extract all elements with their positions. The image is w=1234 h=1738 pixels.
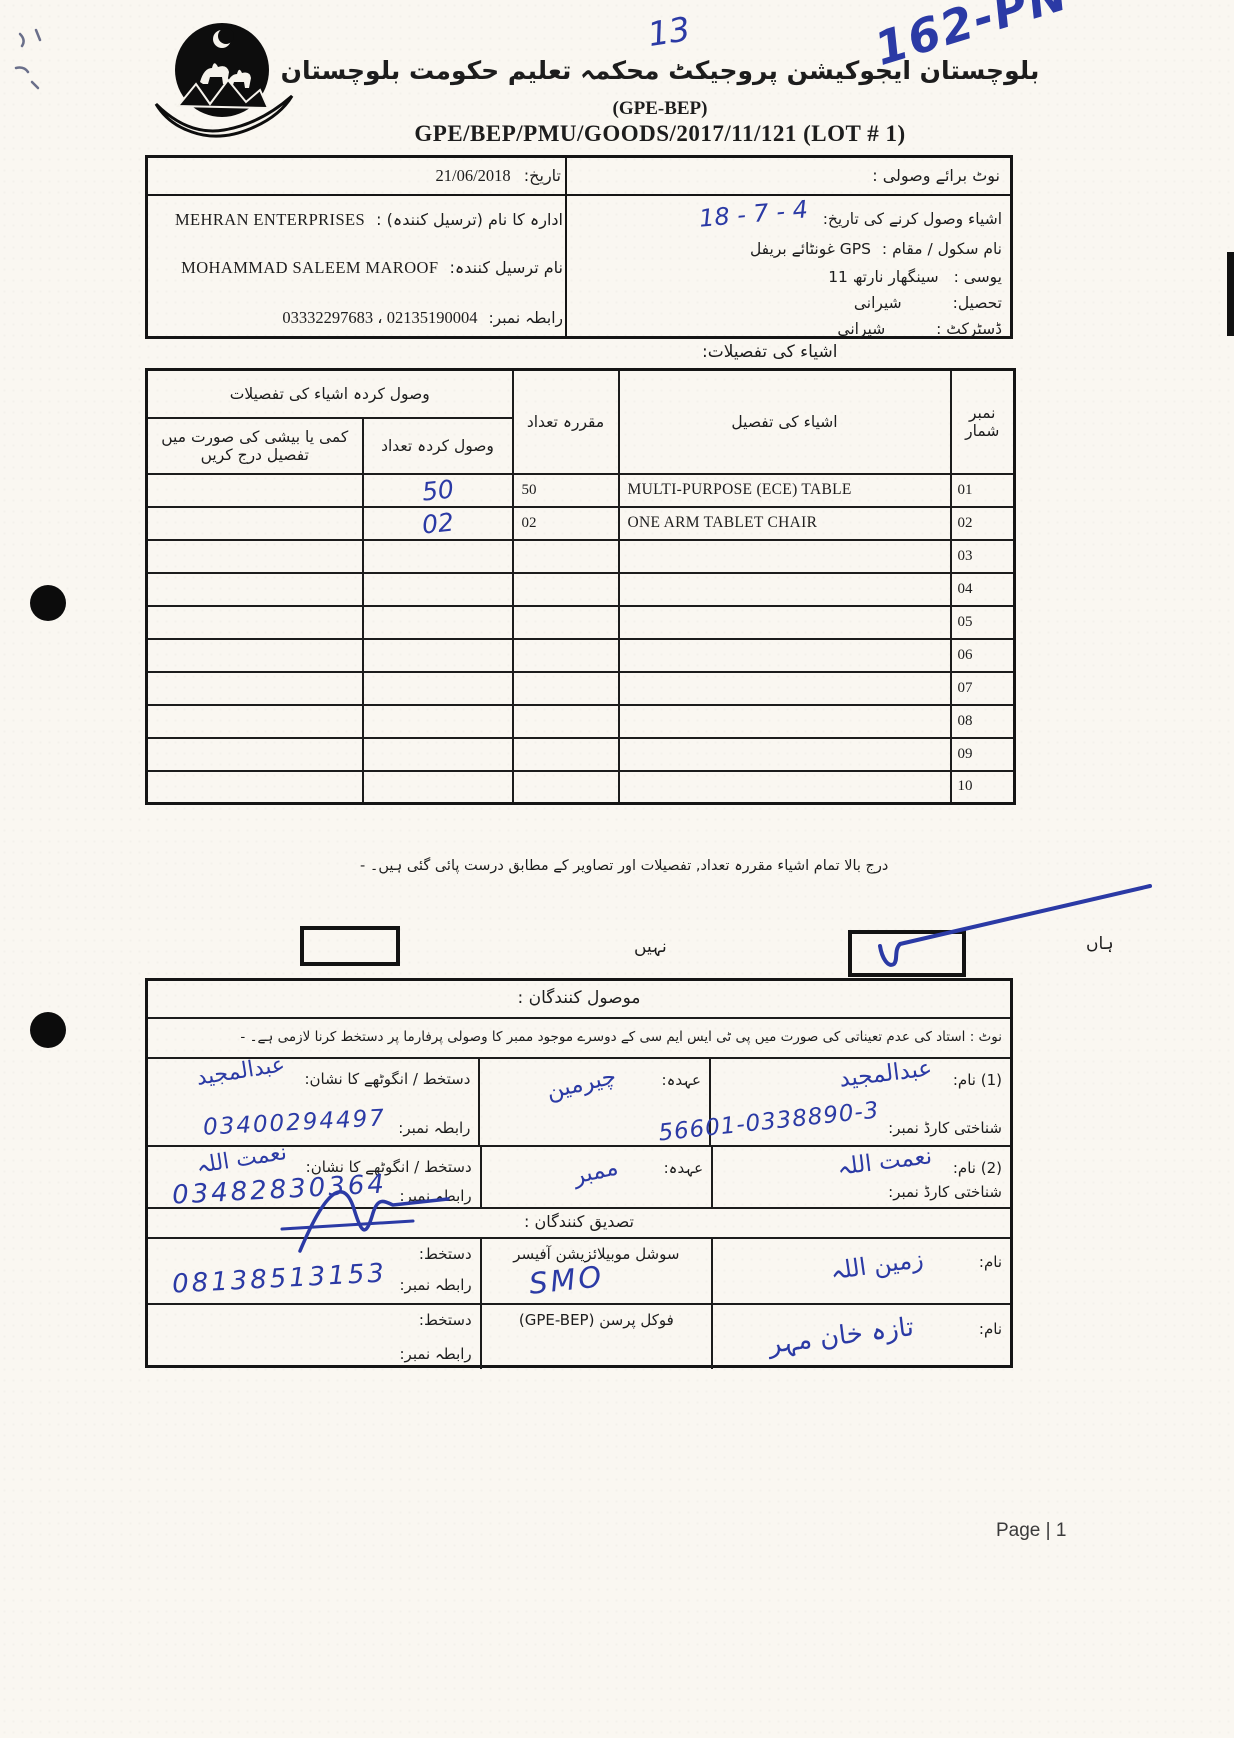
fixed-qty-cell: [513, 705, 619, 738]
discrepancy-cell: [147, 507, 363, 540]
focal-name-cell: نام: تازہ خان مہر: [711, 1305, 1010, 1369]
received-qty-cell: 50: [363, 474, 513, 507]
item-row-03: 03: [147, 540, 1015, 573]
item-row-07: 07: [147, 672, 1015, 705]
serial-cell: 08: [951, 705, 1015, 738]
receiver-row-1: (1) نام: عبدالمجید شناختی کارڈ نمبر: 566…: [148, 1059, 1010, 1147]
item-row-10: 10: [147, 771, 1015, 804]
serial-cell: 04: [951, 573, 1015, 606]
receiver1-name-label: (1) نام:: [953, 1071, 1002, 1089]
detail-cell: [619, 606, 951, 639]
receiver2-post-handwritten: ممبر: [571, 1154, 621, 1190]
focal-name-handwritten: تازہ خان مہر: [766, 1312, 915, 1360]
receiver2-post-label: عہدہ:: [664, 1159, 703, 1177]
scan-edge-artifact: [1227, 252, 1234, 336]
smo-contact-handwritten: 08138513153: [171, 1258, 387, 1299]
serial-cell: 05: [951, 606, 1015, 639]
page-number-footer: Page | 1: [996, 1520, 1066, 1542]
discrepancy-cell: [147, 573, 363, 606]
sender-contact-line: رابطہ نمبر: 03332297683 ، 02135190004: [282, 308, 563, 328]
receivers-title: موصول کنندگان :: [148, 981, 1010, 1019]
sender-column: ادارہ کا نام (ترسیل کنندہ) : MEHRAN ENTE…: [148, 158, 571, 336]
school-line: نام سکول / مقام : GPS غونٹائے بریفل: [750, 240, 1002, 258]
district-line: ڈسٹرکٹ : شیرانی: [837, 320, 1002, 338]
received-qty-cell: [363, 705, 513, 738]
receiver2-name-cell: (2) نام: نعمت اللہ شناختی کارڈ نمبر:: [711, 1147, 1010, 1207]
detail-cell: [619, 639, 951, 672]
hole-punch-bottom: [30, 1012, 66, 1048]
column-header-serial: نمبر شمار: [951, 370, 1015, 474]
fixed-qty-cell: [513, 540, 619, 573]
fixed-qty-cell: 02: [513, 507, 619, 540]
received-qty-cell: [363, 738, 513, 771]
tehsil-value: شیرانی: [854, 294, 902, 312]
serial-cell: 01: [951, 474, 1015, 507]
discrepancy-cell: [147, 672, 363, 705]
received-qty-handwritten: 50: [420, 474, 455, 506]
receive-date-handwritten: 4 - 7 - 18: [698, 195, 809, 232]
item-row-09: 09: [147, 738, 1015, 771]
detail-cell: ONE ARM TABLET CHAIR: [619, 507, 951, 540]
handwritten-page-number: 13: [645, 9, 693, 54]
receiver2-name-label: (2) نام:: [953, 1159, 1002, 1177]
fixed-qty-cell: 50: [513, 474, 619, 507]
uc-value: سینگھار نارتھ 11: [828, 268, 938, 286]
detail-cell: [619, 540, 951, 573]
focal-signature-cell: دستخط: رابطہ نمبر:: [148, 1305, 480, 1369]
hole-punch-top: [30, 585, 66, 621]
program-abbreviation: (GPE-BEP): [240, 98, 1080, 120]
org-line: ادارہ کا نام (ترسیل کنندہ) : MEHRAN ENTE…: [175, 210, 563, 230]
serial-cell: 06: [951, 639, 1015, 672]
org-value: MEHRAN ENTERPRISES: [175, 210, 365, 229]
receiver1-contact-handwritten: 03400294497: [202, 1105, 386, 1141]
serial-cell: 07: [951, 672, 1015, 705]
no-checkbox: [300, 926, 400, 966]
receiver2-cnic-label: شناختی کارڈ نمبر:: [888, 1183, 1002, 1201]
yes-checkmark-icon: [820, 870, 1170, 985]
serial-cell: 09: [951, 738, 1015, 771]
receive-date-line: اشیاء وصول کرنے کی تاریخ: 4 - 7 - 18: [699, 202, 1002, 230]
receiver2-name-handwritten: نعمت اللہ: [836, 1143, 934, 1180]
fixed-qty-cell: [513, 738, 619, 771]
column-header-detail: اشیاء کی تفصیل: [619, 370, 951, 474]
items-section-title: اشیاء کی تفصیلات:: [702, 342, 1012, 362]
smo-name-handwritten: زمین اللہ: [829, 1245, 926, 1286]
column-header-received-group: وصول کردہ اشیاء کی تفصیلات: [147, 370, 513, 418]
fixed-qty-cell: [513, 672, 619, 705]
school-value: GPS غونٹائے بریفل: [750, 240, 871, 258]
school-label: نام سکول / مقام :: [882, 240, 1002, 258]
smo-name-cell: نام: زمین اللہ: [711, 1239, 1010, 1303]
item-row-04: 04: [147, 573, 1015, 606]
detail-cell: MULTI-PURPOSE (ECE) TABLE: [619, 474, 951, 507]
detail-cell: [619, 771, 951, 804]
pen-scribble-marks: [6, 24, 86, 104]
uc-label: یوسی :: [954, 268, 1002, 286]
fixed-qty-cell: [513, 639, 619, 672]
column-header-discrepancy: کمی یا بیشی کی صورت میں تفصیل درج کریں: [147, 418, 363, 474]
receipt-note-row: نوٹ برائے وصولی :: [567, 158, 1010, 196]
reference-number: GPE/BEP/PMU/GOODS/2017/11/121 (LOT # 1): [240, 121, 1080, 147]
serial-cell: 02: [951, 507, 1015, 540]
column-header-fixed-qty: مقررہ تعداد: [513, 370, 619, 474]
item-row-06: 06: [147, 639, 1015, 672]
detail-cell: [619, 738, 951, 771]
org-label: ادارہ کا نام (ترسیل کنندہ) :: [376, 210, 563, 229]
received-qty-cell: [363, 606, 513, 639]
sender-contact-label: رابطہ نمبر:: [488, 309, 563, 327]
receiver1-cnic-label: شناختی کارڈ نمبر:: [888, 1119, 1002, 1137]
receive-date-label: اشیاء وصول کرنے کی تاریخ:: [823, 210, 1002, 228]
item-row-02: 02 ONE ARM TABLET CHAIR 02 02: [147, 507, 1015, 540]
discrepancy-cell: [147, 738, 363, 771]
discrepancy-cell: [147, 639, 363, 672]
column-header-received-qty: وصول کردہ تعداد: [363, 418, 513, 474]
receiver1-name-handwritten: عبدالمجید: [838, 1055, 934, 1092]
receiver1-post-handwritten: چیرمین: [544, 1063, 619, 1104]
received-qty-cell: 02: [363, 507, 513, 540]
fixed-qty-cell: [513, 771, 619, 804]
smo-contact-label: رابطہ نمبر:: [400, 1276, 472, 1294]
receiver1-name-cell: (1) نام: عبدالمجید شناختی کارڈ نمبر: 566…: [709, 1059, 1010, 1145]
item-row-05: 05: [147, 606, 1015, 639]
received-qty-cell: [363, 672, 513, 705]
detail-cell: [619, 672, 951, 705]
received-qty-cell: [363, 639, 513, 672]
focal-post-label: فوکل پرسن (GPE-BEP): [490, 1311, 703, 1329]
received-qty-handwritten: 02: [420, 507, 455, 539]
smo-signature-scribble: [278, 1171, 478, 1261]
focal-contact-label: رابطہ نمبر:: [400, 1345, 472, 1363]
discrepancy-cell: [147, 540, 363, 573]
discrepancy-cell: [147, 705, 363, 738]
no-label: نہیں: [634, 936, 667, 957]
serial-cell: 10: [951, 771, 1015, 804]
items-table: نمبر شمار اشیاء کی تفصیل مقررہ تعداد وصو…: [145, 368, 1016, 805]
receiver1-post-label: عہدہ:: [662, 1071, 701, 1089]
item-row-01: 01 MULTI-PURPOSE (ECE) TABLE 50 50: [147, 474, 1015, 507]
district-label: ڈسٹرکٹ :: [936, 320, 1002, 338]
received-qty-cell: [363, 771, 513, 804]
discrepancy-cell: [147, 606, 363, 639]
discrepancy-cell: [147, 474, 363, 507]
focal-name-label: نام:: [979, 1320, 1002, 1338]
sender-label: نام ترسیل کنندہ:: [450, 258, 563, 277]
receivers-table: موصول کنندگان : نوٹ : استاد کی عدم تعینا…: [145, 978, 1013, 1368]
receipt-note-label: نوٹ برائے وصولی :: [872, 166, 1000, 185]
scanned-goods-receipt-form: 13 162-PN بلوچستان ایجوکیشن پروجیکٹ محکم…: [0, 0, 1234, 1738]
uc-line: یوسی : سینگھار نارتھ 11: [828, 268, 1002, 286]
receiver1-contact-label: رابطہ نمبر:: [398, 1119, 470, 1137]
detail-cell: [619, 573, 951, 606]
sender-line: نام ترسیل کنندہ: MOHAMMAD SALEEM MAROOF: [181, 258, 563, 278]
fixed-qty-cell: [513, 606, 619, 639]
smo-abbrev-handwritten: SMO: [527, 1259, 605, 1301]
discrepancy-cell: [147, 771, 363, 804]
focal-post-cell: فوکل پرسن (GPE-BEP): [480, 1305, 711, 1369]
focal-signature-label: دستخط:: [419, 1311, 472, 1329]
receiver1-signature-cell: دستخط / انگوٹھے کا نشان: عبدالمجید رابطہ…: [148, 1059, 478, 1145]
receiver2-post-cell: عہدہ: ممبر: [480, 1147, 711, 1207]
received-qty-cell: [363, 540, 513, 573]
tehsil-line: تحصیل: شیرانی: [854, 294, 1002, 312]
detail-cell: [619, 705, 951, 738]
sender-contact-value: 03332297683 ، 02135190004: [282, 308, 477, 327]
tehsil-label: تحصیل:: [953, 294, 1002, 312]
receipt-column: نوٹ برائے وصولی : اشیاء وصول کرنے کی تار…: [565, 158, 1010, 336]
smo-name-label: نام:: [979, 1253, 1002, 1271]
sender-value: MOHAMMAD SALEEM MAROOF: [181, 258, 438, 277]
district-value: شیرانی: [837, 320, 885, 338]
serial-cell: 03: [951, 540, 1015, 573]
receiver1-signature-label: دستخط / انگوٹھے کا نشان:: [304, 1070, 470, 1088]
header-info-box: تاریخ: 21/06/2018 ادارہ کا نام (ترسیل کن…: [145, 155, 1013, 339]
item-row-08: 08: [147, 705, 1015, 738]
received-qty-cell: [363, 573, 513, 606]
fixed-qty-cell: [513, 573, 619, 606]
smo-post-cell: سوشل موبیلائزیشن آفیسر SMO: [480, 1239, 711, 1303]
document-title-urdu: بلوچستان ایجوکیشن پروجیکٹ محکمہ تعلیم حک…: [240, 56, 1080, 85]
verifier-row-focal: نام: تازہ خان مہر فوکل پرسن (GPE-BEP) دس…: [148, 1305, 1010, 1369]
